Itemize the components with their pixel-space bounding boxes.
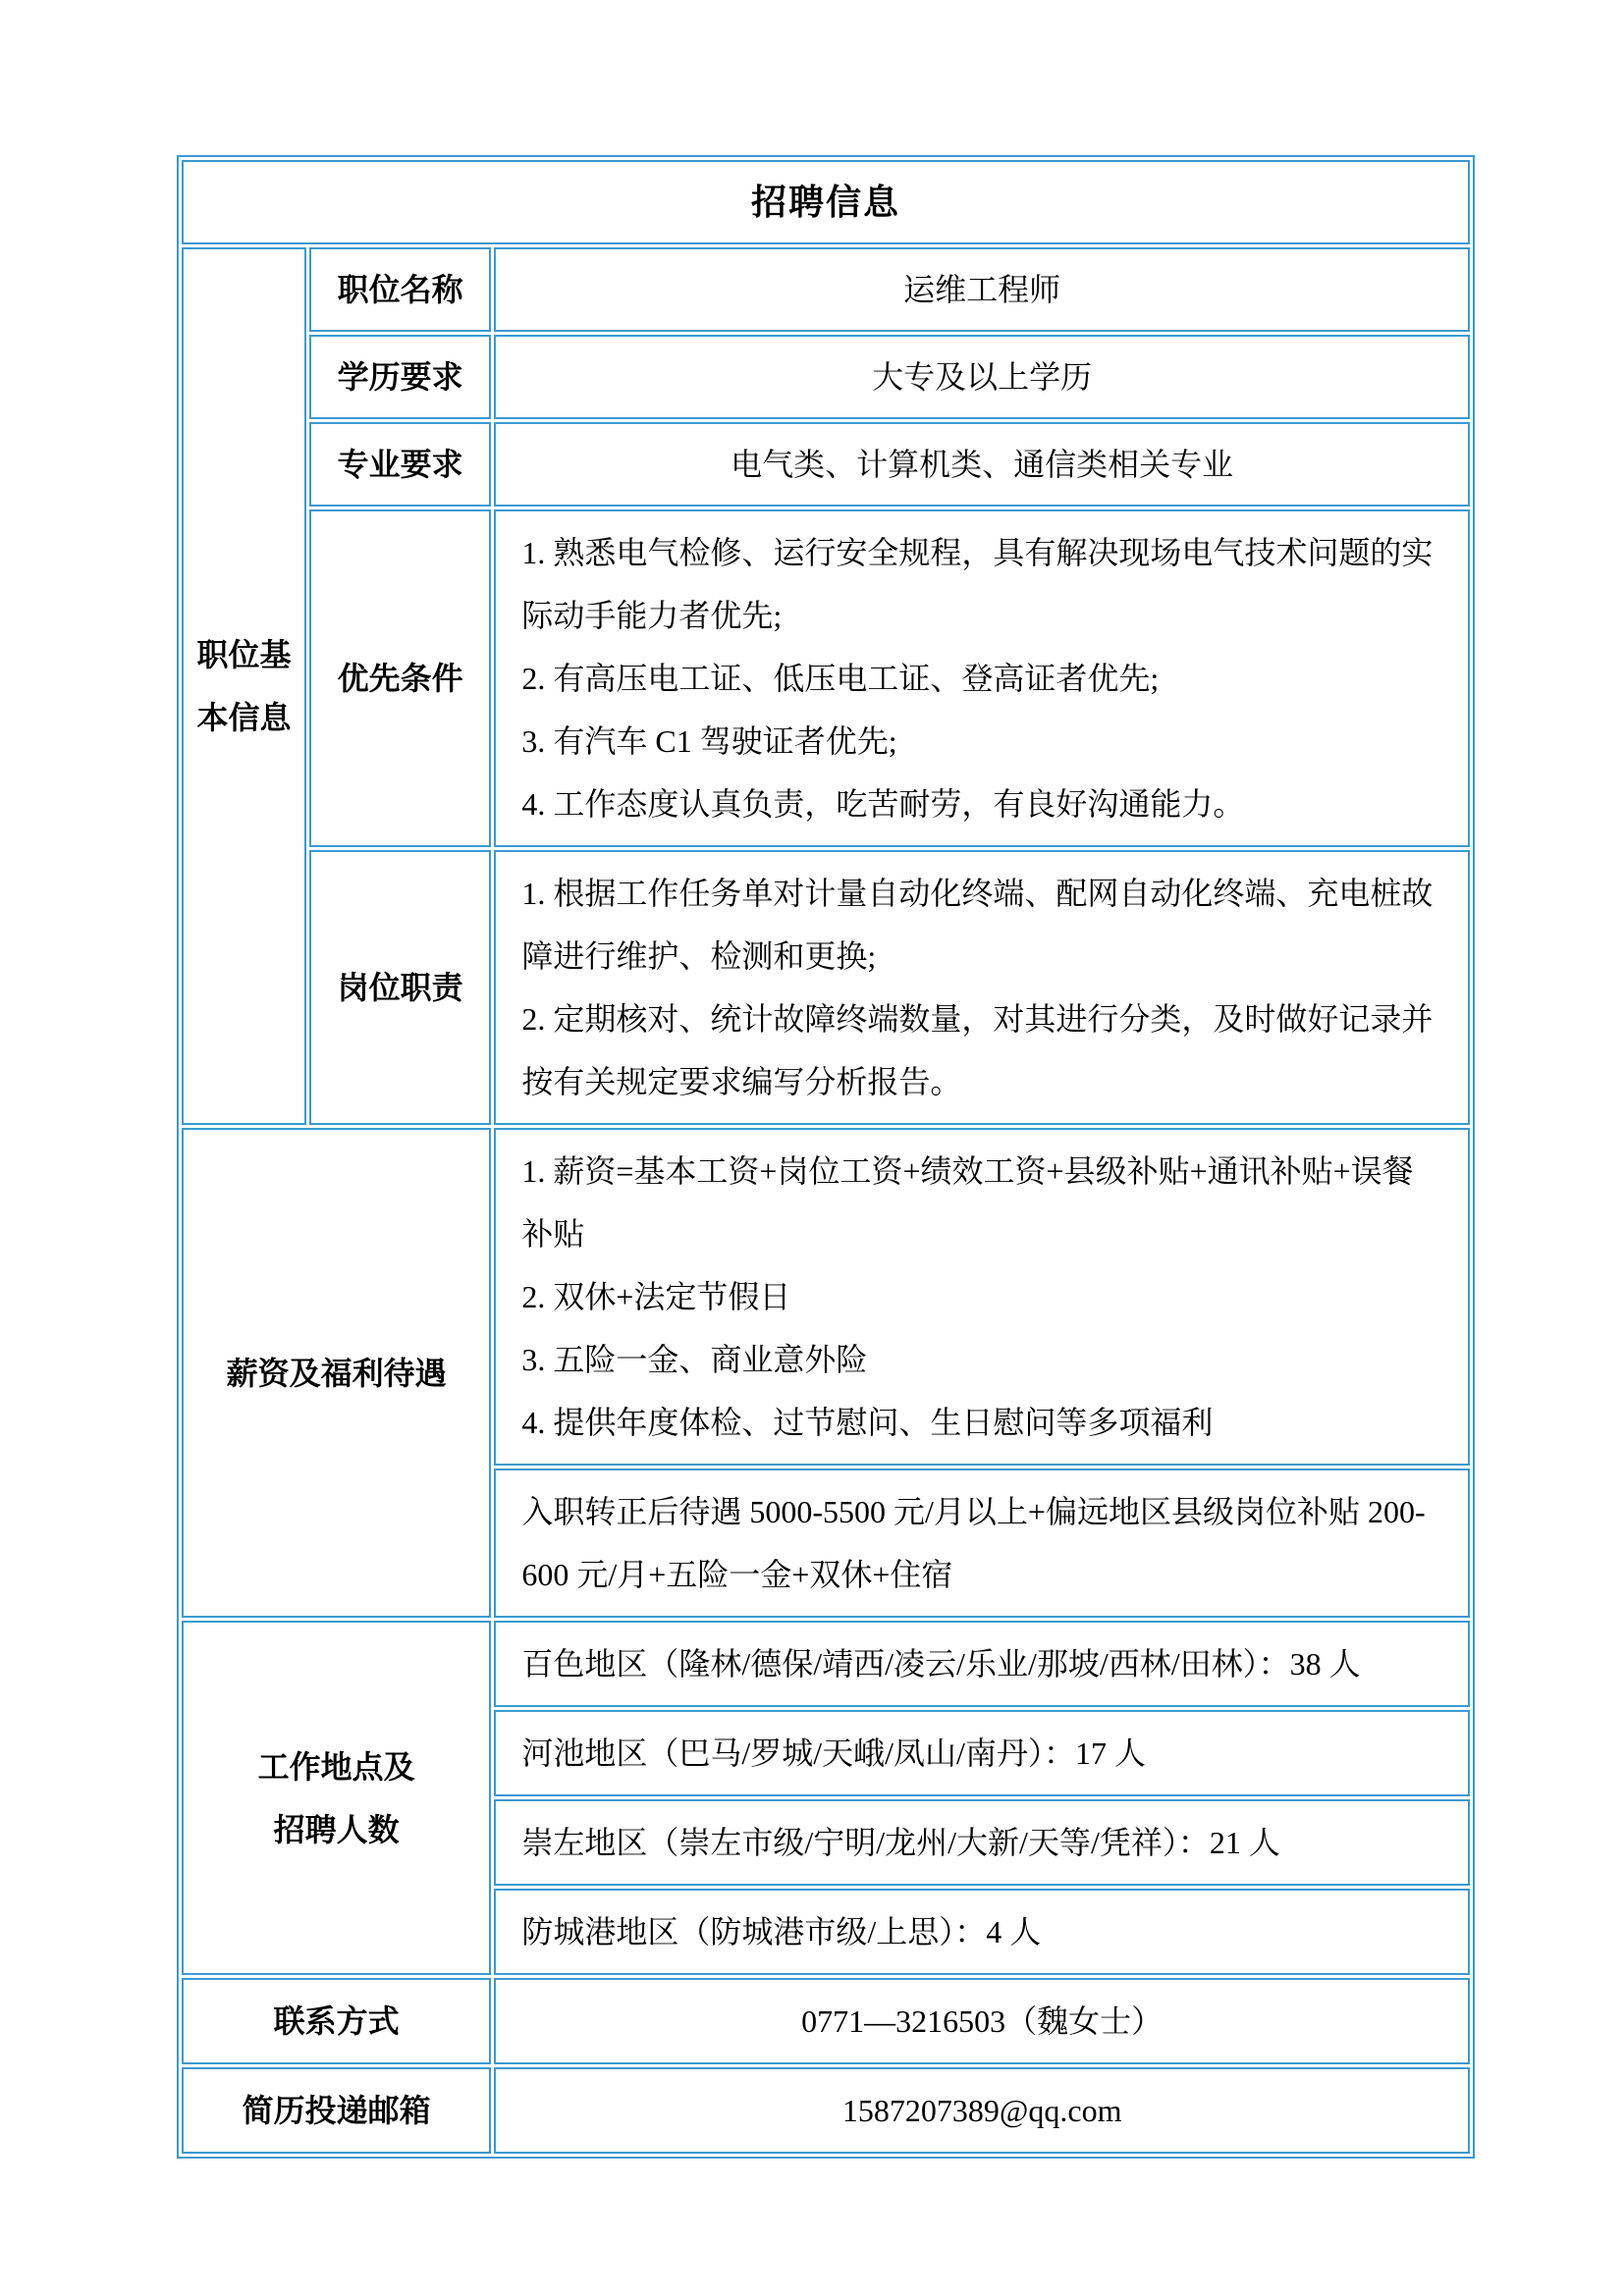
value-region-chongzuo: 崇左地区（崇左市级/宁明/龙州/大新/天等/凭祥）：21 人 [494,1799,1470,1886]
row-position: 职位基 本信息 职位名称 运维工程师 [182,247,1470,332]
value-resume-email: 1587207389@qq.com [494,2067,1470,2154]
label-resume-email: 简历投递邮箱 [182,2067,491,2154]
row-region-baise: 工作地点及 招聘人数 百色地区（隆林/德保/靖西/凌云/乐业/那坡/西林/田林）… [182,1621,1470,1707]
label-education-requirement: 学历要求 [309,335,491,419]
row-duty: 岗位职责 1. 根据工作任务单对计量自动化终端、配网自动化终端、充电桩故障进行维… [182,850,1470,1125]
value-job-duties: 1. 根据工作任务单对计量自动化终端、配网自动化终端、充电桩故障进行维护、检测和… [494,850,1470,1125]
row-email: 简历投递邮箱 1587207389@qq.com [182,2067,1470,2154]
label-position-name: 职位名称 [309,247,491,332]
label-work-locations: 工作地点及 招聘人数 [182,1621,491,1975]
value-region-fangchenggang: 防城港地区（防城港市级/上思）：4 人 [494,1889,1470,1975]
document-page: 招聘信息 职位基 本信息 职位名称 运维工程师 学历要求 大专及以上学历 专业要… [0,0,1624,2296]
value-contact-phone: 0771—3216503（魏女士） [494,1978,1470,2064]
value-priority-conditions: 1. 熟悉电气检修、运行安全规程，具有解决现场电气技术问题的实际动手能力者优先;… [494,509,1470,847]
row-priority: 优先条件 1. 熟悉电气检修、运行安全规程，具有解决现场电气技术问题的实际动手能… [182,509,1470,847]
table-title: 招聘信息 [182,160,1470,244]
row-contact: 联系方式 0771—3216503（魏女士） [182,1978,1470,2064]
row-education: 学历要求 大专及以上学历 [182,335,1470,419]
value-major-requirement: 电气类、计算机类、通信类相关专业 [494,422,1470,507]
value-benefit-list: 1. 薪资=基本工资+岗位工资+绩效工资+县级补贴+通讯补贴+误餐补贴 2. 双… [494,1128,1470,1466]
group-label-basic-info: 职位基 本信息 [182,247,306,1125]
row-major: 专业要求 电气类、计算机类、通信类相关专业 [182,422,1470,507]
value-salary-summary: 入职转正后待遇 5000-5500 元/月以上+偏远地区县级岗位补贴 200-6… [494,1468,1470,1618]
label-priority-conditions: 优先条件 [309,509,491,847]
recruitment-table: 招聘信息 职位基 本信息 职位名称 运维工程师 学历要求 大专及以上学历 专业要… [177,155,1475,2159]
value-education-requirement: 大专及以上学历 [494,335,1470,419]
value-region-hechi: 河池地区（巴马/罗城/天峨/凤山/南丹）：17 人 [494,1710,1470,1796]
row-salary-benefits: 薪资及福利待遇 1. 薪资=基本工资+岗位工资+绩效工资+县级补贴+通讯补贴+误… [182,1128,1470,1466]
value-position-name: 运维工程师 [494,247,1470,332]
title-row: 招聘信息 [182,160,1470,244]
value-region-baise: 百色地区（隆林/德保/靖西/凌云/乐业/那坡/西林/田林）：38 人 [494,1621,1470,1707]
label-contact: 联系方式 [182,1978,491,2064]
label-major-requirement: 专业要求 [309,422,491,507]
label-job-duties: 岗位职责 [309,850,491,1125]
label-salary-benefits: 薪资及福利待遇 [182,1128,491,1618]
